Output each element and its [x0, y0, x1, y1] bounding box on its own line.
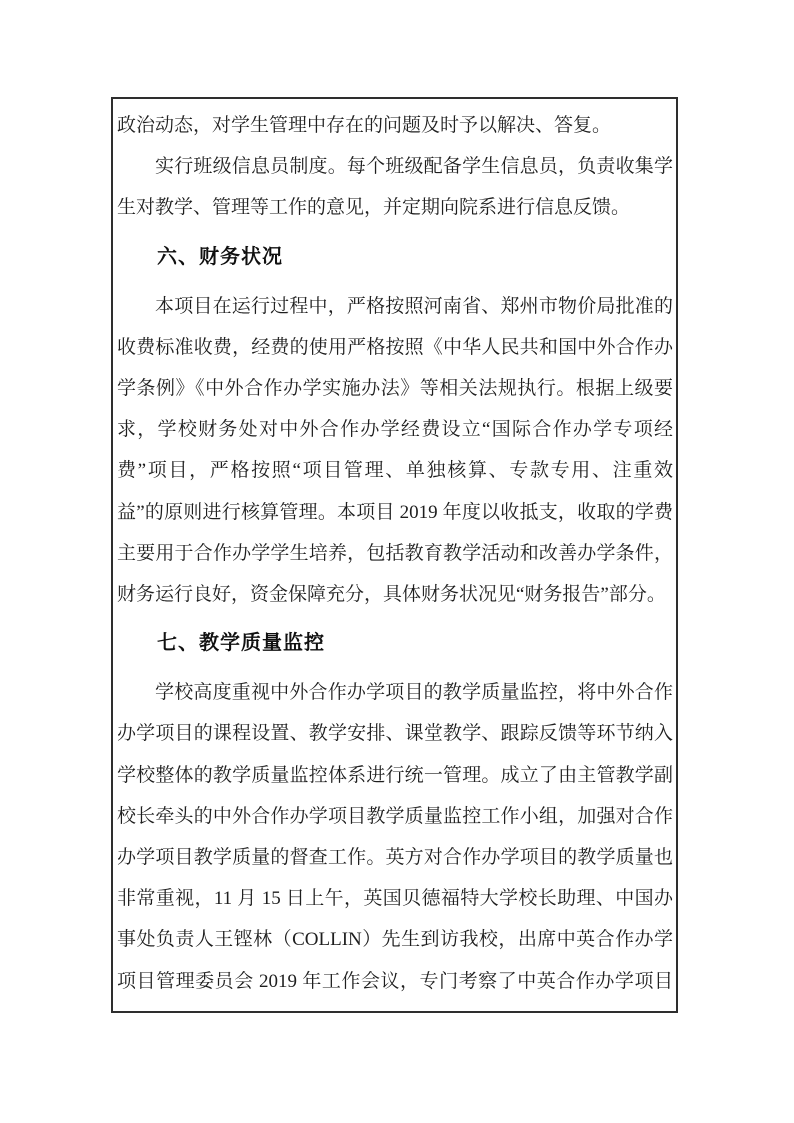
section-heading: 七、教学质量监控 [117, 623, 673, 664]
body-paragraph: 实行班级信息员制度。每个班级配备学生信息员，负责收集学生对教学、管理等工作的意见… [117, 146, 673, 228]
document-page: 政治动态，对学生管理中存在的问题及时予以解决、答复。实行班级信息员制度。每个班级… [0, 0, 794, 1123]
body-paragraph: 本项目在运行过程中，严格按照河南省、郑州市物价局批准的收费标准收费，经费的使用严… [117, 286, 673, 616]
bordered-content-cell: 政治动态，对学生管理中存在的问题及时予以解决、答复。实行班级信息员制度。每个班级… [111, 97, 678, 1013]
section-heading: 六、财务状况 [117, 237, 673, 278]
body-paragraph: 政治动态，对学生管理中存在的问题及时予以解决、答复。 [117, 105, 673, 146]
body-paragraph: 学校高度重视中外合作办学项目的教学质量监控，将中外合作办学项目的课程设置、教学安… [117, 672, 673, 1013]
